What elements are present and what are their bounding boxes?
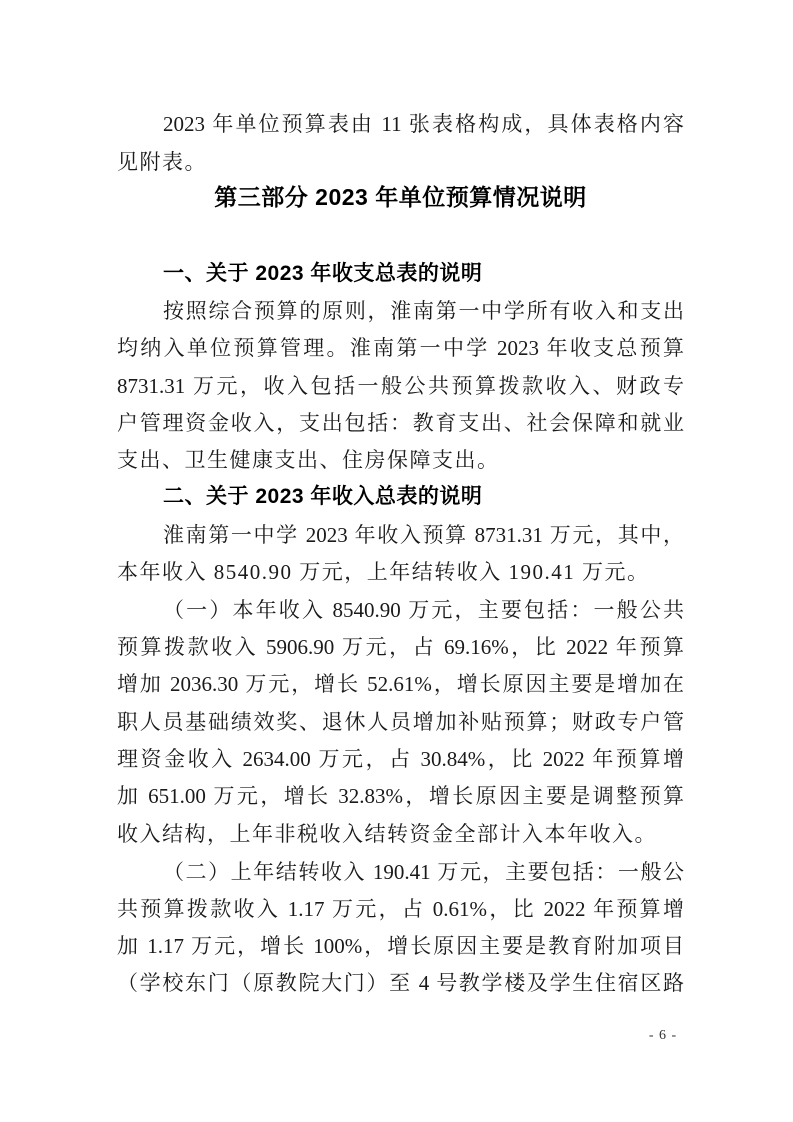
section2-line-3: （一）本年收入 8540.90 万元，主要包括：一般公共 <box>117 595 684 625</box>
document-page: 2023 年单位预算表由 11 张表格构成，具体表格内容 见附表。 第三部分 2… <box>0 0 793 1122</box>
section2-line-10: （二）上年结转收入 190.41 万元，主要包括：一般公 <box>117 857 684 887</box>
section2-title: 二、关于 2023 年收入总表的说明 <box>117 482 684 512</box>
section1-line-4: 户管理资金收入，支出包括：教育支出、社会保障和就业 <box>117 408 684 438</box>
section2-line-13: （学校东门（原教院大门）至 4 号教学楼及学生住宿区路 <box>117 968 684 998</box>
section1-line-3: 8731.31 万元，收入包括一般公共预算拨款收入、财政专 <box>117 371 684 401</box>
section1-line-5: 支出、卫生健康支出、住房保障支出。 <box>117 445 684 475</box>
section2-line-2: 本年收入 8540.90 万元，上年结转收入 190.41 万元。 <box>117 557 684 587</box>
intro-line-2: 见附表。 <box>117 147 684 177</box>
section2-line-11: 共预算拨款收入 1.17 万元，占 0.61%，比 2022 年预算增 <box>117 894 684 924</box>
section2-line-1: 淮南第一中学 2023 年收入预算 8731.31 万元，其中， <box>117 520 684 550</box>
section2-line-6: 职人员基础绩效奖、退休人员增加补贴预算；财政专户管 <box>117 707 684 737</box>
section2-line-8: 加 651.00 万元，增长 32.83%，增长原因主要是调整预算 <box>117 781 684 811</box>
section1-title: 一、关于 2023 年收支总表的说明 <box>117 259 684 289</box>
section1-line-1: 按照综合预算的原则，淮南第一中学所有收入和支出 <box>117 296 684 326</box>
page-number: - 6 - <box>628 1026 698 1046</box>
intro-line-1: 2023 年单位预算表由 11 张表格构成，具体表格内容 <box>117 109 684 139</box>
section2-line-9: 收入结构，上年非税收入结转资金全部计入本年收入。 <box>117 819 684 849</box>
section2-line-12: 加 1.17 万元，增长 100%，增长原因主要是教育附加项目 <box>117 931 684 961</box>
section2-line-5: 增加 2036.30 万元，增长 52.61%，增长原因主要是增加在 <box>117 669 684 699</box>
section2-line-7: 理资金收入 2634.00 万元，占 30.84%，比 2022 年预算增 <box>117 744 684 774</box>
part3-heading: 第三部分 2023 年单位预算情况说明 <box>117 180 684 214</box>
section2-line-4: 预算拨款收入 5906.90 万元，占 69.16%，比 2022 年预算 <box>117 632 684 662</box>
section1-line-2: 均纳入单位预算管理。淮南第一中学 2023 年收支总预算 <box>117 333 684 363</box>
